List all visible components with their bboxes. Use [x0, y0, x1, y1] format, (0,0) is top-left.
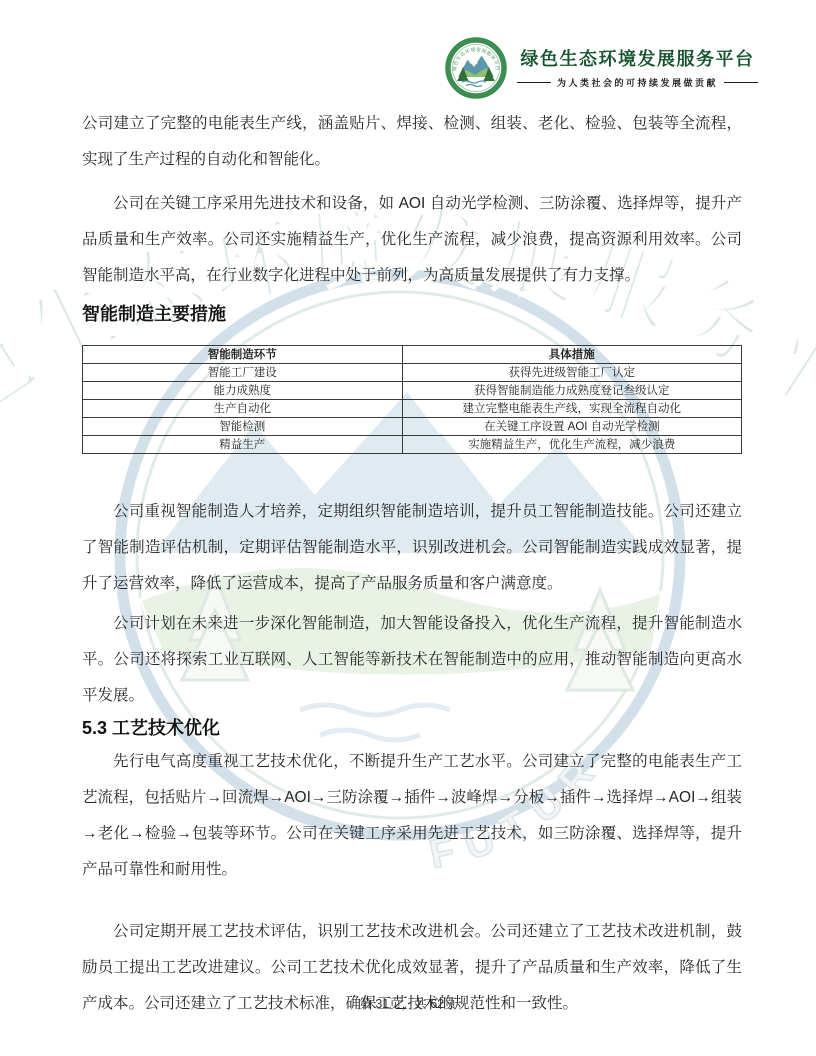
- table-cell: 在关键工序设置 AOI 自动光学检测: [402, 418, 741, 436]
- tagline-dash-left: [517, 82, 551, 84]
- table-cell: 精益生产: [83, 436, 403, 454]
- table-cell: 获得先进级智能工厂认定: [402, 364, 741, 382]
- page-header: 绿色生态环境发展服务平台 绿色生态环境发展服务平台 为人类社会的可持续发展做贡献: [0, 0, 816, 100]
- table-row: 智能工厂建设 获得先进级智能工厂认定: [83, 364, 742, 382]
- paragraph-future-plan: 公司计划在未来进一步深化智能制造，加大智能设备投入，优化生产流程，提升智能制造水…: [82, 606, 742, 714]
- table-header-link: 智能制造环节: [83, 346, 403, 364]
- table-cell: 建立完整电能表生产线，实现全流程自动化: [402, 400, 741, 418]
- table-cell: 能力成熟度: [83, 382, 403, 400]
- table-header-measure: 具体措施: [402, 346, 741, 364]
- heading-smart-manufacturing-measures: 智能制造主要措施: [82, 302, 742, 326]
- heading-process-technology: 5.3 工艺技术优化: [82, 716, 742, 740]
- table-cell: 获得智能制造能力成熟度登记叁级认定: [402, 382, 741, 400]
- platform-logo-icon: 绿色生态环境发展服务平台: [445, 37, 507, 99]
- table-cell: 实施精益生产，优化生产流程，减少浪费: [402, 436, 741, 454]
- document-page: 绿色生态环境发展服务平台 FUTURE 绿色生态环境发展服务平台: [0, 0, 816, 1056]
- table-cell: 生产自动化: [83, 400, 403, 418]
- table-header-row: 智能制造环节 具体措施: [83, 346, 742, 364]
- table-cell: 智能检测: [83, 418, 403, 436]
- brand-title: 绿色生态环境发展服务平台: [520, 47, 754, 71]
- table-row: 生产自动化 建立完整电能表生产线，实现全流程自动化: [83, 400, 742, 418]
- brand-tagline: 为人类社会的可持续发展做贡献: [517, 76, 758, 89]
- brand-tagline-text: 为人类社会的可持续发展做贡献: [557, 76, 718, 89]
- table-row: 智能检测 在关键工序设置 AOI 自动光学检测: [83, 418, 742, 436]
- page-number: 第 31页，共 62页: [0, 994, 816, 1012]
- paragraph-process-flow: 先行电气高度重视工艺技术优化，不断提升生产工艺水平。公司建立了完整的电能表生产工…: [82, 744, 742, 888]
- smart-manufacturing-table: 智能制造环节 具体措施 智能工厂建设 获得先进级智能工厂认定 能力成熟度 获得智…: [82, 345, 742, 454]
- table-row: 能力成熟度 获得智能制造能力成熟度登记叁级认定: [83, 382, 742, 400]
- brand-block: 绿色生态环境发展服务平台 为人类社会的可持续发展做贡献: [517, 47, 758, 89]
- document-body: 公司建立了完整的电能表生产线，涵盖贴片、焊接、检测、组装、老化、检验、包装等全流…: [0, 106, 816, 1022]
- paragraph-advanced-tech: 公司在关键工序采用先进技术和设备，如 AOI 自动光学检测、三防涂覆、选择焊等，…: [82, 186, 742, 294]
- paragraph-talent-training: 公司重视智能制造人才培养，定期组织智能制造培训，提升员工智能制造技能。公司还建立…: [82, 494, 742, 602]
- table-cell: 智能工厂建设: [83, 364, 403, 382]
- tagline-dash-right: [724, 82, 758, 84]
- table-row: 精益生产 实施精益生产，优化生产流程，减少浪费: [83, 436, 742, 454]
- paragraph-production-line: 公司建立了完整的电能表生产线，涵盖贴片、焊接、检测、组装、老化、检验、包装等全流…: [82, 106, 742, 178]
